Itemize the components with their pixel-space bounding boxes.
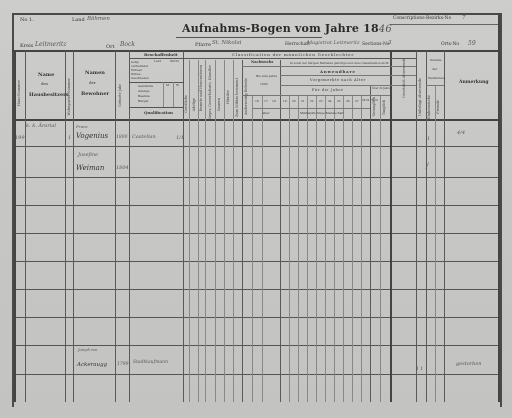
col-line — [215, 60, 216, 402]
header-ueber-jahre: Über 32 Jahre — [372, 87, 390, 90]
row1-name-first: Franz — [76, 124, 88, 129]
col-line — [352, 95, 353, 402]
stand-divider — [163, 82, 164, 107]
header-name: Name — [38, 72, 54, 78]
stand-col: M — [166, 83, 169, 87]
row1-besitzer: k. k. Ärarial — [26, 123, 56, 129]
col-line — [416, 51, 417, 402]
row1-mark: 1 — [427, 136, 430, 142]
stand-divider — [173, 82, 174, 107]
header-wohnpartei: Wohnpartei-Nummer — [67, 78, 71, 115]
header-subline — [280, 108, 370, 109]
col-line — [73, 51, 74, 402]
year-col: 21 — [301, 99, 305, 103]
row9-name: Ackeraugg — [77, 362, 107, 368]
col-line — [14, 51, 16, 402]
col-line — [343, 95, 344, 402]
row2-geburtsjahr: 1804 — [116, 165, 129, 171]
nachwuchs-year: 1845 — [260, 82, 268, 86]
row1-qualifikation: Castellan — [132, 134, 156, 140]
row1-stand: 1/1 — [176, 135, 184, 141]
header-namen: Namen — [85, 70, 105, 76]
year-col: 26 — [346, 99, 350, 103]
header-fuer-die-jahre: Für die Jahre — [312, 88, 343, 92]
header-der: der — [89, 80, 96, 85]
nachwuchs-age: 17 — [264, 99, 268, 103]
col-line — [189, 60, 190, 402]
header-line-text: In sonst der übrigen Befreiten gehörige … — [290, 61, 389, 65]
header-subline — [280, 75, 416, 76]
year-col: 20 — [292, 99, 296, 103]
class-col: Anderweitig Befreite — [244, 78, 248, 115]
beschaffenheit-row: Geschieden — [131, 76, 149, 80]
header-subline — [242, 66, 416, 67]
beschaffenheit-col: Stirbt — [170, 59, 179, 63]
header-geburtsjahr: Geburts-Jahr — [118, 84, 122, 107]
nachwuchs-age: 16 — [255, 99, 259, 103]
row9-name-first: Joseph von — [78, 348, 97, 352]
class-col: Bürger, Gewerbsleute, Künstler — [208, 65, 212, 121]
col-line — [252, 95, 253, 402]
stand-rows: Geistliche Adelige Beamte Bürger — [138, 84, 153, 104]
row2-mark: / — [426, 162, 428, 170]
col-line — [242, 60, 243, 402]
row1-name: Vogenius — [76, 132, 108, 140]
nachwuchs-sub: Bis zum Jahre — [256, 74, 277, 78]
row1-geburtsjahr: 1800 — [116, 135, 127, 140]
col-line — [25, 51, 26, 402]
col-line — [205, 60, 206, 402]
header-summe: Summe — [430, 58, 441, 62]
header-qualifikation: Qualification — [144, 110, 173, 115]
class-col: Geistliche — [184, 95, 188, 113]
col-line — [361, 95, 362, 402]
beschaffenheit-col: Lebt — [154, 59, 161, 63]
col-line — [289, 95, 290, 402]
year-col: 22 — [310, 99, 314, 103]
header-militaerpflichtige: Militärpflichtige Mannschaft — [300, 111, 344, 115]
row9-anmerkung: gestorben — [456, 361, 482, 367]
col-line — [298, 95, 299, 402]
header-unbefugt-abwesende: Unbefugt Abwesende — [418, 78, 422, 116]
col-line — [498, 13, 500, 402]
col-line — [316, 95, 317, 402]
stand-row: Bürger — [138, 99, 153, 104]
year-col: 28-29 — [362, 99, 369, 102]
col-line — [380, 95, 381, 402]
header-gesetzlich-abwesende: Gesetzlich Abwesende — [402, 58, 406, 98]
row9-geburtsjahr: 1799 — [117, 362, 128, 367]
row2-name-first: Josefine — [78, 152, 98, 158]
header-des: des — [41, 81, 48, 86]
ueber-col: Untauglich — [372, 97, 376, 117]
row9-qualifikation: Stadtkaufmann — [133, 360, 168, 365]
col-line — [334, 95, 335, 402]
header-classification: Classification der männlichen Geschlecht… — [232, 52, 354, 57]
col-line — [65, 51, 66, 402]
header-anmerkung: Anmerkung — [459, 80, 489, 85]
header-vorgemerkte: Vorgemerkte nach Alter — [310, 78, 366, 82]
beschaffenheit-rows: ledig verheiratet Witwer Witwe Geschiede… — [131, 60, 149, 80]
header-subline — [280, 85, 416, 86]
year-col: 19 — [283, 99, 287, 103]
year-col: 25 — [337, 99, 341, 103]
header-hausnummer: Haus-Nummer — [17, 80, 21, 106]
class-col: Häusler — [226, 90, 230, 104]
ueber-col: Tauglich — [382, 100, 386, 115]
col-line — [307, 95, 308, 402]
stand-col: W — [176, 83, 179, 87]
class-col: Bauern — [217, 98, 221, 111]
col-line — [224, 60, 225, 402]
class-col: Beamte und Honoratioren — [199, 65, 203, 111]
header-subline — [129, 82, 183, 83]
col-line — [325, 95, 326, 402]
header-der-weiblichen: der — [432, 67, 437, 71]
row1-anmerkung: 4/4 — [457, 130, 465, 136]
year-col: 23 — [319, 99, 323, 103]
header-subline — [129, 107, 183, 108]
row1-wohnpartei: 1 — [68, 135, 71, 141]
header-subline — [183, 58, 416, 59]
class-col: Adelige — [192, 98, 196, 111]
header-subline — [252, 108, 280, 109]
col-line — [262, 95, 263, 402]
header-bewohner: Bewohner — [81, 91, 109, 97]
col-line — [280, 60, 281, 402]
col-line — [370, 86, 371, 402]
year-col: 27 — [355, 99, 359, 103]
header-anwendbare: Anwendbare — [320, 69, 356, 74]
year-col: 24 — [328, 99, 332, 103]
class-col: Zum Militär bestimmt — [235, 78, 239, 117]
row2-name: Weiman — [76, 164, 104, 172]
nachwuchs-alter: Alter — [262, 111, 270, 115]
fremde-col: Einheimische — [427, 95, 431, 119]
col-line — [444, 51, 445, 402]
col-line — [233, 60, 234, 402]
col-line — [129, 51, 130, 402]
col-line — [390, 51, 392, 402]
col-line — [115, 51, 116, 402]
header-beschaffenheit: Beschaffenheit — [144, 52, 178, 57]
header-weiblichen: Weiblichen — [428, 76, 445, 80]
header-subline — [426, 85, 444, 86]
fremde-col: Fremde — [436, 100, 440, 114]
nachwuchs-age: 18 — [272, 99, 276, 103]
header-nachwuchs: Nachwuchs — [251, 60, 273, 64]
row9-mark: 1 1 — [416, 367, 423, 372]
row1-hausnummer: 199 — [15, 135, 25, 141]
header-hausbesitzers: Hausbesitzers — [29, 92, 69, 98]
col-line — [435, 85, 436, 402]
